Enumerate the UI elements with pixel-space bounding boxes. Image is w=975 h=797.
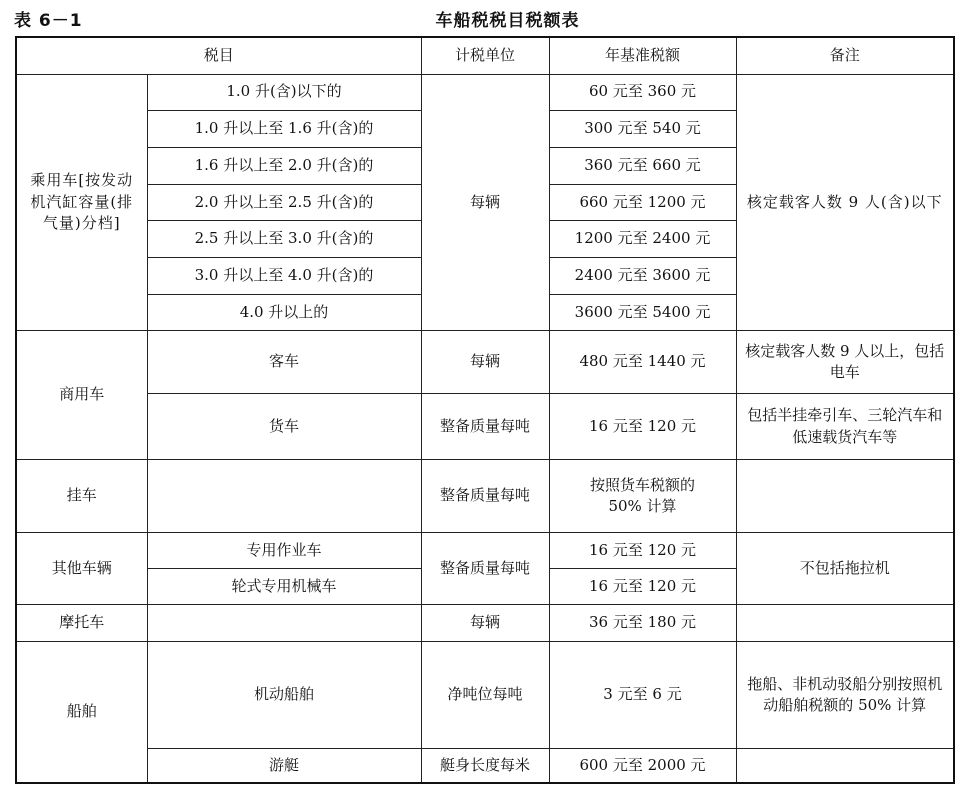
unit-cell: 整备质量每吨 <box>421 533 549 605</box>
unit-cell: 每辆 <box>421 605 549 642</box>
header-row: 税目 计税单位 年基准税额 备注 <box>16 37 954 74</box>
item-cell: 货车 <box>147 394 421 460</box>
amount-cell: 36 元至 180 元 <box>549 605 736 642</box>
amount-cell: 480 元至 1440 元 <box>549 331 736 394</box>
item-cell <box>147 605 421 642</box>
item-cell: 3.0 升以上至 4.0 升(含)的 <box>147 257 421 294</box>
remark-cell: 核定载客人数 9 人以上，包括电车 <box>736 331 954 394</box>
amount-cell: 16 元至 120 元 <box>549 394 736 460</box>
table-row: 挂车 整备质量每吨 按照货车税额的 50% 计算 <box>16 460 954 533</box>
unit-cell: 净吨位每吨 <box>421 642 549 749</box>
amount-cell: 660 元至 1200 元 <box>549 184 736 221</box>
unit-cell: 艇身长度每米 <box>421 749 549 783</box>
table-row: 游艇 艇身长度每米 600 元至 2000 元 <box>16 749 954 783</box>
item-cell: 游艇 <box>147 749 421 783</box>
amount-cell: 按照货车税额的 50% 计算 <box>549 460 736 533</box>
header-item: 税目 <box>16 37 421 74</box>
remark-cell: 拖船、非机动驳船分别按照机动船舶税额的 50% 计算 <box>736 642 954 749</box>
remark-cell <box>736 605 954 642</box>
category-other-vehicles: 其他车辆 <box>16 533 147 605</box>
item-cell: 4.0 升以上的 <box>147 294 421 331</box>
unit-cell: 整备质量每吨 <box>421 394 549 460</box>
remark-cell <box>736 749 954 783</box>
remark-cell: 不包括拖拉机 <box>736 533 954 605</box>
item-cell: 机动船舶 <box>147 642 421 749</box>
table-caption: 表 6－1 车船税税目税额表 <box>0 4 975 32</box>
table-title: 车船税税目税额表 <box>0 6 975 31</box>
remark-cell <box>736 460 954 533</box>
item-cell: 2.0 升以上至 2.5 升(含)的 <box>147 184 421 221</box>
table-row: 其他车辆 专用作业车 整备质量每吨 16 元至 120 元 不包括拖拉机 <box>16 533 954 569</box>
remark-cell: 包括半挂牵引车、三轮汽车和低速载货汽车等 <box>736 394 954 460</box>
item-cell: 2.5 升以上至 3.0 升(含)的 <box>147 221 421 258</box>
amount-cell: 600 元至 2000 元 <box>549 749 736 783</box>
header-unit: 计税单位 <box>421 37 549 74</box>
item-cell: 轮式专用机械车 <box>147 569 421 605</box>
amount-cell: 300 元至 540 元 <box>549 111 736 148</box>
item-cell: 1.6 升以上至 2.0 升(含)的 <box>147 147 421 184</box>
amount-cell: 3 元至 6 元 <box>549 642 736 749</box>
amount-cell: 360 元至 660 元 <box>549 147 736 184</box>
amount-cell: 60 元至 360 元 <box>549 74 736 111</box>
header-amount: 年基准税额 <box>549 37 736 74</box>
table-row: 商用车 客车 每辆 480 元至 1440 元 核定载客人数 9 人以上，包括电… <box>16 331 954 394</box>
item-cell: 1.0 升以上至 1.6 升(含)的 <box>147 111 421 148</box>
category-trailer: 挂车 <box>16 460 147 533</box>
header-remark: 备注 <box>736 37 954 74</box>
table-row: 摩托车 每辆 36 元至 180 元 <box>16 605 954 642</box>
unit-cell: 整备质量每吨 <box>421 460 549 533</box>
amount-cell: 1200 元至 2400 元 <box>549 221 736 258</box>
amount-cell: 3600 元至 5400 元 <box>549 294 736 331</box>
item-cell: 专用作业车 <box>147 533 421 569</box>
amount-cell: 16 元至 120 元 <box>549 569 736 605</box>
item-cell: 客车 <box>147 331 421 394</box>
category-passenger-car: 乘用车[按发动机汽缸容量(排气量)分档] <box>16 74 147 331</box>
unit-cell: 每辆 <box>421 74 549 331</box>
table-row: 乘用车[按发动机汽缸容量(排气量)分档] 1.0 升(含)以下的 每辆 60 元… <box>16 74 954 111</box>
table-row: 船舶 机动船舶 净吨位每吨 3 元至 6 元 拖船、非机动驳船分别按照机动船舶税… <box>16 642 954 749</box>
remark-cell: 核定载客人数 9 人(含)以下 <box>736 74 954 331</box>
item-cell <box>147 460 421 533</box>
amount-cell: 2400 元至 3600 元 <box>549 257 736 294</box>
category-vessels: 船舶 <box>16 642 147 783</box>
table-row: 货车 整备质量每吨 16 元至 120 元 包括半挂牵引车、三轮汽车和低速载货汽… <box>16 394 954 460</box>
unit-cell: 每辆 <box>421 331 549 394</box>
item-cell: 1.0 升(含)以下的 <box>147 74 421 111</box>
category-motorcycle: 摩托车 <box>16 605 147 642</box>
amount-cell: 16 元至 120 元 <box>549 533 736 569</box>
category-commercial: 商用车 <box>16 331 147 460</box>
vehicle-vessel-tax-table: 税目 计税单位 年基准税额 备注 乘用车[按发动机汽缸容量(排气量)分档] 1.… <box>15 36 955 784</box>
